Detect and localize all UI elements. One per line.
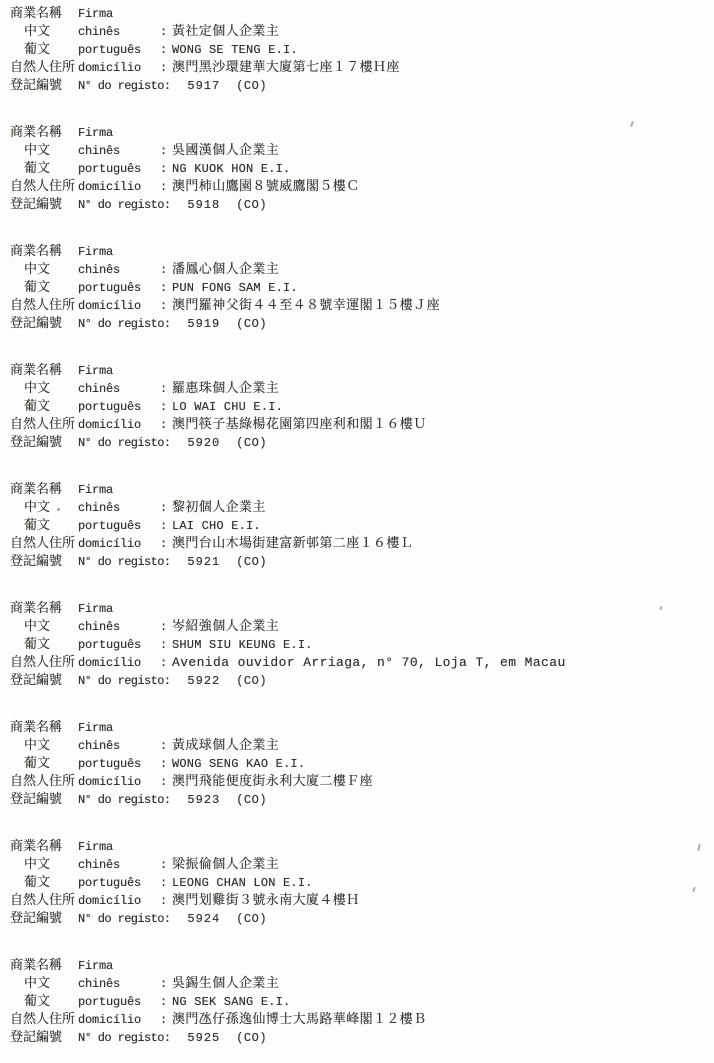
portuguese-name-line: 葡文 português : SHUM SIU KEUNG E.I. — [0, 636, 714, 654]
firm-label-pt: Firma — [78, 957, 160, 975]
registry-number-value: 5924 — [187, 910, 220, 928]
chinese-name-value: 梁振倫個人企業主 — [172, 856, 714, 874]
colon-separator: : — [160, 993, 172, 1011]
portuguese-name-line: 葡文 português : LEONG CHAN LON E.I. — [0, 874, 714, 892]
address-line: 自然人住所 domicílio : 澳門柿山鷹園８號威鷹閣５樓Ｃ — [0, 178, 714, 196]
portuguese-name-value: WONG SENG KAO E.I. — [172, 755, 714, 773]
portuguese-name-value: NG KUOK HON E.I. — [172, 160, 714, 178]
registry-record: 商業名稱 Firma 中文 chinês : 梁振倫個人企業主 葡文 portu… — [0, 838, 714, 928]
firm-label-pt: Firma — [78, 838, 160, 856]
colon-separator: : — [160, 59, 172, 77]
registry-number-line: 登記編號 N° do registo: 5920 (CO) — [0, 434, 714, 452]
chinese-name-line: 中文 chinês : 黎初個人企業主 — [0, 499, 714, 517]
chinese-label-pt: chinês — [78, 856, 160, 874]
address-value: 澳門柿山鷹園８號威鷹閣５樓Ｃ — [172, 178, 714, 196]
portuguese-name-line: 葡文 português : NG KUOK HON E.I. — [0, 160, 714, 178]
portuguese-label-zh: 葡文 — [24, 755, 78, 773]
chinese-name-value: 吳錫生個人企業主 — [172, 975, 714, 993]
colon-separator: : — [160, 636, 172, 654]
registry-type-code: (CO) — [236, 196, 267, 214]
colon-separator: : — [160, 499, 172, 517]
colon-separator: : — [160, 160, 172, 178]
portuguese-label-pt: português — [78, 41, 160, 59]
registry-type-code: (CO) — [236, 791, 267, 809]
address-label-zh: 自然人住所 — [10, 1011, 78, 1029]
registry-label-zh: 登記編號 — [10, 672, 78, 690]
registry-record: 商業名稱 Firma 中文 chinês : 羅惠珠個人企業主 葡文 portu… — [0, 362, 714, 452]
firm-line: 商業名稱 Firma — [0, 719, 714, 737]
registry-record: 商業名稱 Firma 中文 chinês : 黃成球個人企業主 葡文 portu… — [0, 719, 714, 809]
address-label-zh: 自然人住所 — [10, 59, 78, 77]
registry-number-value: 5925 — [187, 1029, 220, 1047]
portuguese-name-line: 葡文 português : WONG SENG KAO E.I. — [0, 755, 714, 773]
firm-line: 商業名稱 Firma — [0, 957, 714, 975]
address-line: 自然人住所 domicílio : 澳門筷子基綠楊花園第四座利和閣１６樓Ｕ — [0, 416, 714, 434]
colon-separator: : — [160, 517, 172, 535]
registry-label-zh: 登記編號 — [10, 434, 78, 452]
address-label-pt: domicílio — [78, 59, 160, 77]
portuguese-label-zh: 葡文 — [24, 160, 78, 178]
registry-number-line: 登記編號 N° do registo: 5919 (CO) — [0, 315, 714, 333]
registry-number-value: 5922 — [187, 672, 220, 690]
colon-separator: : — [160, 874, 172, 892]
portuguese-name-line: 葡文 português : LO WAI CHU E.I. — [0, 398, 714, 416]
registry-label-zh: 登記編號 — [10, 315, 78, 333]
firm-line: 商業名稱 Firma — [0, 5, 714, 23]
registry-type-code: (CO) — [236, 553, 267, 571]
registry-label-zh: 登記編號 — [10, 1029, 78, 1047]
firm-line: 商業名稱 Firma — [0, 481, 714, 499]
chinese-label-pt: chinês — [78, 618, 160, 636]
chinese-name-value: 吳國漢個人企業主 — [172, 142, 714, 160]
portuguese-name-value: LAI CHO E.I. — [172, 517, 714, 535]
scan-artifact — [57, 508, 60, 511]
firm-line: 商業名稱 Firma — [0, 362, 714, 380]
firm-label-pt: Firma — [78, 362, 160, 380]
registry-record: 商業名稱 Firma 中文 chinês : 岑紹強個人企業主 葡文 portu… — [0, 600, 714, 690]
firm-label-pt: Firma — [78, 481, 160, 499]
firm-label-zh: 商業名稱 — [10, 719, 78, 737]
firm-line: 商業名稱 Firma — [0, 600, 714, 618]
portuguese-label-zh: 葡文 — [24, 874, 78, 892]
address-line: 自然人住所 domicílio : 澳門羅神父街４４至４８號幸運閣１５樓Ｊ座 — [0, 297, 714, 315]
address-label-pt: domicílio — [78, 654, 160, 672]
address-line: 自然人住所 domicílio : 澳門台山木場街建富新邨第二座１６樓Ｌ — [0, 535, 714, 553]
address-label-pt: domicílio — [78, 297, 160, 315]
firm-label-zh: 商業名稱 — [10, 243, 78, 261]
portuguese-label-zh: 葡文 — [24, 398, 78, 416]
registry-label-pt: N° do registo: — [78, 315, 170, 333]
firm-label-zh: 商業名稱 — [10, 838, 78, 856]
portuguese-label-pt: português — [78, 279, 160, 297]
address-label-pt: domicílio — [78, 535, 160, 553]
registry-type-code: (CO) — [236, 434, 267, 452]
portuguese-label-zh: 葡文 — [24, 41, 78, 59]
colon-separator: : — [160, 279, 172, 297]
address-label-pt: domicílio — [78, 892, 160, 910]
chinese-name-line: 中文 chinês : 岑紹強個人企業主 — [0, 618, 714, 636]
address-label-pt: domicílio — [78, 1011, 160, 1029]
address-label-zh: 自然人住所 — [10, 654, 78, 672]
registry-number-line: 登記編號 N° do registo: 5922 (CO) — [0, 672, 714, 690]
registry-number-value: 5919 — [187, 315, 220, 333]
chinese-name-value: 羅惠珠個人企業主 — [172, 380, 714, 398]
chinese-label-pt: chinês — [78, 737, 160, 755]
colon-separator: : — [160, 737, 172, 755]
portuguese-label-zh: 葡文 — [24, 636, 78, 654]
colon-separator: : — [160, 535, 172, 553]
firm-label-pt: Firma — [78, 243, 160, 261]
chinese-label-pt: chinês — [78, 23, 160, 41]
address-label-zh: 自然人住所 — [10, 773, 78, 791]
registry-label-pt: N° do registo: — [78, 791, 170, 809]
chinese-label-zh: 中文 — [24, 23, 78, 41]
chinese-label-pt: chinês — [78, 380, 160, 398]
colon-separator: : — [160, 654, 172, 672]
chinese-label-zh: 中文 — [24, 856, 78, 874]
registry-number-line: 登記編號 N° do registo: 5917 (CO) — [0, 77, 714, 95]
colon-separator: : — [160, 755, 172, 773]
chinese-name-value: 黎初個人企業主 — [172, 499, 714, 517]
firm-line: 商業名稱 Firma — [0, 243, 714, 261]
firm-label-pt: Firma — [78, 5, 160, 23]
registry-type-code: (CO) — [236, 1029, 267, 1047]
firm-label-zh: 商業名稱 — [10, 362, 78, 380]
firm-label-pt: Firma — [78, 124, 160, 142]
chinese-name-line: 中文 chinês : 羅惠珠個人企業主 — [0, 380, 714, 398]
portuguese-name-value: SHUM SIU KEUNG E.I. — [172, 636, 714, 654]
registry-number-line: 登記編號 N° do registo: 5925 (CO) — [0, 1029, 714, 1047]
colon-separator: : — [160, 975, 172, 993]
colon-separator: : — [160, 41, 172, 59]
portuguese-label-pt: português — [78, 160, 160, 178]
portuguese-label-pt: português — [78, 517, 160, 535]
portuguese-label-pt: português — [78, 755, 160, 773]
chinese-name-line: 中文 chinês : 吳錫生個人企業主 — [0, 975, 714, 993]
address-label-zh: 自然人住所 — [10, 416, 78, 434]
colon-separator: : — [160, 261, 172, 279]
registry-number-line: 登記編號 N° do registo: 5918 (CO) — [0, 196, 714, 214]
registry-label-pt: N° do registo: — [78, 434, 170, 452]
portuguese-label-zh: 葡文 — [24, 993, 78, 1011]
address-line: 自然人住所 domicílio : 澳門划雞街３號永南大廈４樓Ｈ — [0, 892, 714, 910]
address-label-zh: 自然人住所 — [10, 178, 78, 196]
address-label-pt: domicílio — [78, 773, 160, 791]
chinese-name-line: 中文 chinês : 吳國漢個人企業主 — [0, 142, 714, 160]
address-line: 自然人住所 domicílio : 澳門飛能便度街永利大廈二樓Ｆ座 — [0, 773, 714, 791]
registry-label-zh: 登記編號 — [10, 196, 78, 214]
address-label-pt: domicílio — [78, 416, 160, 434]
colon-separator: : — [160, 892, 172, 910]
colon-separator: : — [160, 856, 172, 874]
portuguese-name-value: PUN FONG SAM E.I. — [172, 279, 714, 297]
address-value: 澳門黑沙環建華大廈第七座１７樓Ｈ座 — [172, 59, 714, 77]
registry-number-line: 登記編號 N° do registo: 5923 (CO) — [0, 791, 714, 809]
chinese-label-pt: chinês — [78, 975, 160, 993]
portuguese-name-line: 葡文 português : NG SEK SANG E.I. — [0, 993, 714, 1011]
registry-document-page: 商業名稱 Firma 中文 chinês : 黃社定個人企業主 葡文 portu… — [0, 0, 714, 1047]
firm-label-zh: 商業名稱 — [10, 600, 78, 618]
chinese-label-pt: chinês — [78, 142, 160, 160]
registry-type-code: (CO) — [236, 315, 267, 333]
address-value: 澳門台山木場街建富新邨第二座１６樓Ｌ — [172, 535, 714, 553]
colon-separator: : — [160, 142, 172, 160]
registry-label-pt: N° do registo: — [78, 196, 170, 214]
chinese-name-line: 中文 chinês : 潘鳳心個人企業主 — [0, 261, 714, 279]
colon-separator: : — [160, 416, 172, 434]
registry-number-line: 登記編號 N° do registo: 5921 (CO) — [0, 553, 714, 571]
registry-label-pt: N° do registo: — [78, 910, 170, 928]
colon-separator: : — [160, 380, 172, 398]
firm-label-zh: 商業名稱 — [10, 957, 78, 975]
address-line: 自然人住所 domicílio : 澳門黑沙環建華大廈第七座１７樓Ｈ座 — [0, 59, 714, 77]
registry-label-pt: N° do registo: — [78, 553, 170, 571]
address-label-zh: 自然人住所 — [10, 892, 78, 910]
registry-record: 商業名稱 Firma 中文 chinês : 黃社定個人企業主 葡文 portu… — [0, 5, 714, 95]
registry-number-value: 5918 — [187, 196, 220, 214]
portuguese-name-line: 葡文 português : PUN FONG SAM E.I. — [0, 279, 714, 297]
address-value: Avenida ouvidor Arriaga, n° 70, Loja T, … — [172, 654, 714, 672]
registry-number-value: 5917 — [187, 77, 220, 95]
registry-label-zh: 登記編號 — [10, 910, 78, 928]
chinese-name-value: 岑紹強個人企業主 — [172, 618, 714, 636]
address-value: 澳門飛能便度街永利大廈二樓Ｆ座 — [172, 773, 714, 791]
chinese-label-zh: 中文 — [24, 737, 78, 755]
chinese-label-zh: 中文 — [24, 975, 78, 993]
portuguese-label-zh: 葡文 — [24, 517, 78, 535]
firm-label-pt: Firma — [78, 600, 160, 618]
registry-type-code: (CO) — [236, 910, 267, 928]
chinese-name-value: 黃社定個人企業主 — [172, 23, 714, 41]
firm-label-zh: 商業名稱 — [10, 5, 78, 23]
registry-record: 商業名稱 Firma 中文 chinês : 吳國漢個人企業主 葡文 portu… — [0, 124, 714, 214]
portuguese-name-line: 葡文 português : WONG SE TENG E.I. — [0, 41, 714, 59]
firm-label-zh: 商業名稱 — [10, 481, 78, 499]
chinese-name-line: 中文 chinês : 黃成球個人企業主 — [0, 737, 714, 755]
address-label-zh: 自然人住所 — [10, 535, 78, 553]
registry-label-zh: 登記編號 — [10, 791, 78, 809]
registry-label-zh: 登記編號 — [10, 553, 78, 571]
chinese-label-zh: 中文 — [24, 499, 78, 517]
registry-number-line: 登記編號 N° do registo: 5924 (CO) — [0, 910, 714, 928]
registry-label-pt: N° do registo: — [78, 77, 170, 95]
address-value: 澳門氹仔孫逸仙博士大馬路華峰閣１２樓Ｂ — [172, 1011, 714, 1029]
portuguese-label-pt: português — [78, 398, 160, 416]
portuguese-name-value: WONG SE TENG E.I. — [172, 41, 714, 59]
firm-line: 商業名稱 Firma — [0, 838, 714, 856]
registry-number-value: 5920 — [187, 434, 220, 452]
chinese-label-pt: chinês — [78, 499, 160, 517]
address-label-zh: 自然人住所 — [10, 297, 78, 315]
firm-line: 商業名稱 Firma — [0, 124, 714, 142]
address-value: 澳門划雞街３號永南大廈４樓Ｈ — [172, 892, 714, 910]
registry-label-pt: N° do registo: — [78, 1029, 170, 1047]
firm-label-zh: 商業名稱 — [10, 124, 78, 142]
registry-label-pt: N° do registo: — [78, 672, 170, 690]
colon-separator: : — [160, 398, 172, 416]
registry-number-value: 5923 — [187, 791, 220, 809]
registry-number-value: 5921 — [187, 553, 220, 571]
chinese-name-line: 中文 chinês : 黃社定個人企業主 — [0, 23, 714, 41]
address-value: 澳門羅神父街４４至４８號幸運閣１５樓Ｊ座 — [172, 297, 714, 315]
registry-record: 商業名稱 Firma 中文 chinês : 潘鳳心個人企業主 葡文 portu… — [0, 243, 714, 333]
chinese-label-zh: 中文 — [24, 261, 78, 279]
chinese-name-value: 潘鳳心個人企業主 — [172, 261, 714, 279]
address-value: 澳門筷子基綠楊花園第四座利和閣１６樓Ｕ — [172, 416, 714, 434]
portuguese-name-value: NG SEK SANG E.I. — [172, 993, 714, 1011]
address-line: 自然人住所 domicílio : 澳門氹仔孫逸仙博士大馬路華峰閣１２樓Ｂ — [0, 1011, 714, 1029]
colon-separator: : — [160, 297, 172, 315]
registry-type-code: (CO) — [236, 672, 267, 690]
portuguese-label-pt: português — [78, 636, 160, 654]
portuguese-name-line: 葡文 português : LAI CHO E.I. — [0, 517, 714, 535]
colon-separator: : — [160, 23, 172, 41]
address-line: 自然人住所 domicílio : Avenida ouvidor Arriag… — [0, 654, 714, 672]
portuguese-label-pt: português — [78, 993, 160, 1011]
chinese-label-zh: 中文 — [24, 380, 78, 398]
portuguese-name-value: LEONG CHAN LON E.I. — [172, 874, 714, 892]
address-label-pt: domicílio — [78, 178, 160, 196]
portuguese-name-value: LO WAI CHU E.I. — [172, 398, 714, 416]
registry-record: 商業名稱 Firma 中文 chinês : 黎初個人企業主 葡文 portug… — [0, 481, 714, 571]
colon-separator: : — [160, 1011, 172, 1029]
portuguese-label-zh: 葡文 — [24, 279, 78, 297]
registry-type-code: (CO) — [236, 77, 267, 95]
colon-separator: : — [160, 773, 172, 791]
colon-separator: : — [160, 178, 172, 196]
chinese-name-value: 黃成球個人企業主 — [172, 737, 714, 755]
colon-separator: : — [160, 618, 172, 636]
chinese-name-line: 中文 chinês : 梁振倫個人企業主 — [0, 856, 714, 874]
chinese-label-zh: 中文 — [24, 142, 78, 160]
firm-label-pt: Firma — [78, 719, 160, 737]
chinese-label-zh: 中文 — [24, 618, 78, 636]
portuguese-label-pt: português — [78, 874, 160, 892]
registry-record: 商業名稱 Firma 中文 chinês : 吳錫生個人企業主 葡文 portu… — [0, 957, 714, 1047]
chinese-label-pt: chinês — [78, 261, 160, 279]
registry-label-zh: 登記編號 — [10, 77, 78, 95]
